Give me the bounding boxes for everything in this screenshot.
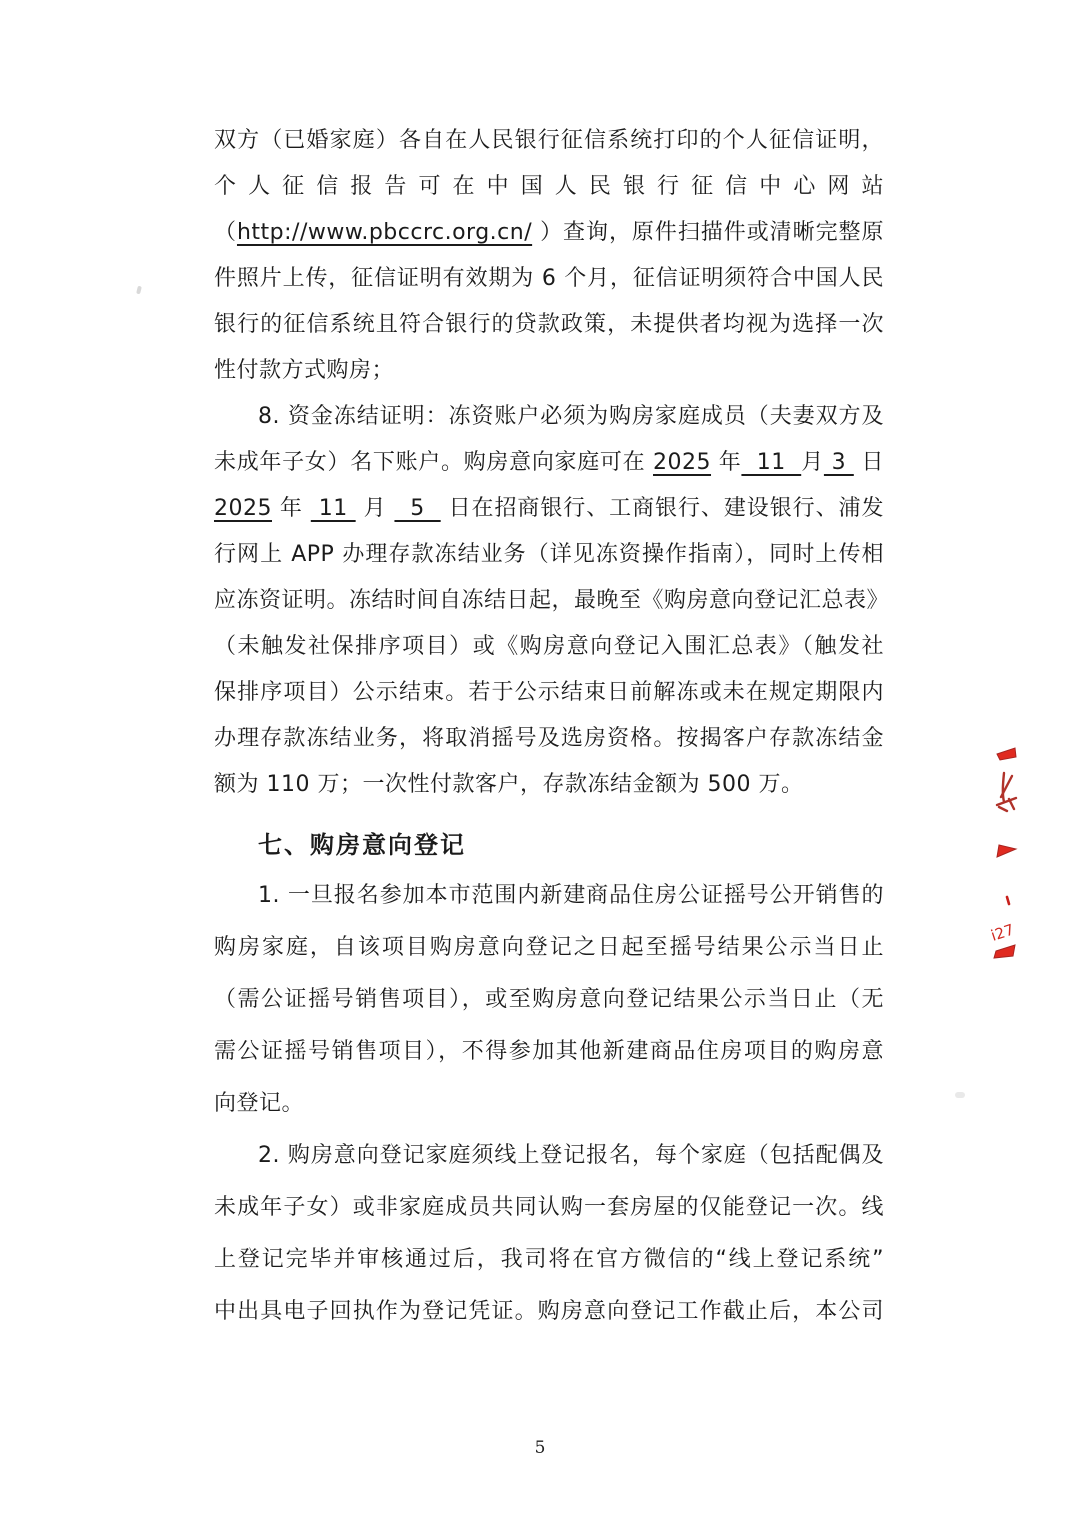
text-line: 行网上 APP 办理存款冻结业务（详见冻资操作指南），同时上传相	[214, 532, 884, 578]
text-segment: 保排序项目）公示结束。若于公示结束日前解冻或未在规定期限内	[214, 680, 884, 705]
text-segment: 银行的征信系统且符合银行的贷款政策，未提供者均视为选择一次	[214, 312, 884, 337]
stamp-tick-mark	[1007, 897, 1009, 904]
text-line: （未触发社保排序项目）或《购房意向登记入围汇总表》（触发社	[214, 624, 884, 670]
text-segment: 中出具电子回执作为登记凭证。购房意向登记工作截止后，本公司	[214, 1299, 884, 1324]
freeze-start-year: 2025	[653, 450, 711, 475]
text-segment: 1. 一旦报名参加本市范围内新建商品住房公证摇号公开销售的	[258, 883, 884, 908]
text-line: 性付款方式购房；	[214, 348, 884, 394]
text-line: 七、购房意向登记	[214, 822, 884, 868]
scanned-document-page: 双方（已婚家庭）各自在人民银行征信系统打印的个人征信证明，个人征信报告可在中国人…	[0, 0, 1080, 1528]
text-line: 未成年子女）或非家庭成员共同认购一套房屋的仅能登记一次。线	[214, 1182, 884, 1234]
text-line: 未成年子女）名下账户。购房意向家庭可在 2025 年 11 月 3 日至	[214, 440, 884, 486]
page-number: 5	[0, 1438, 1080, 1458]
text-segment: 个人征信报告可在中国人民银行征信中心网站	[214, 174, 884, 199]
text-segment: 未成年子女）名下账户。购房意向家庭可在	[214, 450, 653, 475]
text-line: 银行的征信系统且符合银行的贷款政策，未提供者均视为选择一次	[214, 302, 884, 348]
scan-speck-right	[955, 1092, 965, 1098]
text-segment: 行网上 APP 办理存款冻结业务（详见冻资操作指南），同时上传相	[214, 542, 884, 567]
text-line: （需公证摇号销售项目），或至购房意向登记结果公示当日止（无	[214, 974, 884, 1026]
text-line: 需公证摇号销售项目），不得参加其他新建商品住房项目的购房意	[214, 1026, 884, 1078]
text-line: 件照片上传，征信证明有效期为 6 个月，征信证明须符合中国人民	[214, 256, 884, 302]
paragraph-registration-rule-1: 1. 一旦报名参加本市范围内新建商品住房公证摇号公开销售的购房家庭，自该项目购房…	[214, 870, 884, 1130]
red-stamp-fragments: i27	[985, 745, 1030, 965]
text-line: 保排序项目）公示结束。若于公示结束日前解冻或未在规定期限内	[214, 670, 884, 716]
text-line: 上登记完毕并审核通过后，我司将在官方微信的“线上登记系统”	[214, 1234, 884, 1286]
scan-speck-left	[136, 286, 142, 295]
freeze-start-month: 11	[741, 450, 801, 475]
freeze-start-day: 3	[824, 450, 854, 475]
text-segment: 双方（已婚家庭）各自在人民银行征信系统打印的个人征信证明，	[214, 128, 884, 153]
text-line: （http://www.pbccrc.org.cn/ ）查询，原件扫描件或清晰完…	[214, 210, 884, 256]
text-line: 双方（已婚家庭）各自在人民银行征信系统打印的个人征信证明，	[214, 118, 884, 164]
text-line: 2025 年 11 月 5 日在招商银行、工商银行、建设银行、浦发银	[214, 486, 884, 532]
stamp-flag-mark	[997, 748, 1016, 760]
text-segment: 2. 购房意向登记家庭须线上登记报名，每个家庭（包括配偶及	[258, 1143, 884, 1168]
stamp-number-mark: i27	[989, 920, 1017, 958]
text-line: 办理存款冻结业务，将取消摇号及选房资格。按揭客户存款冻结金	[214, 716, 884, 762]
text-segment: 额为 110 万；一次性付款客户，存款冻结金额为 500 万。	[214, 772, 803, 797]
document-body: 双方（已婚家庭）各自在人民银行征信系统打印的个人征信证明，个人征信报告可在中国人…	[214, 118, 884, 1338]
text-segment: 需公证摇号销售项目），不得参加其他新建商品住房项目的购房意	[214, 1039, 884, 1064]
text-segment: 件照片上传，征信证明有效期为 6 个月，征信证明须符合中国人民	[214, 266, 884, 291]
paragraph-registration-rule-2: 2. 购房意向登记家庭须线上登记报名，每个家庭（包括配偶及未成年子女）或非家庭成…	[214, 1130, 884, 1338]
url-text: http://www.pbccrc.org.cn/	[237, 220, 532, 245]
text-segment: 办理存款冻结业务，将取消摇号及选房资格。按揭客户存款冻结金	[214, 726, 884, 751]
text-segment: 七、购房意向登记	[258, 831, 466, 859]
text-line: 应冻资证明。冻结时间自冻结日起，最晚至《购房意向登记汇总表》	[214, 578, 884, 624]
text-segment: （需公证摇号销售项目），或至购房意向登记结果公示当日止（无	[214, 987, 884, 1012]
svg-text:i27: i27	[989, 920, 1017, 944]
text-segment: 月	[356, 496, 395, 521]
text-line: 购房家庭，自该项目购房意向登记之日起至摇号结果公示当日止	[214, 922, 884, 974]
text-segment: （	[214, 220, 237, 245]
text-line: 8. 资金冻结证明：冻资账户必须为购房家庭成员（夫妻双方及	[214, 394, 884, 440]
text-line: 个人征信报告可在中国人民银行征信中心网站	[214, 164, 884, 210]
text-segment: 购房家庭，自该项目购房意向登记之日起至摇号结果公示当日止	[214, 935, 884, 960]
stamp-scribble-mark	[997, 773, 1016, 811]
text-line: 1. 一旦报名参加本市范围内新建商品住房公证摇号公开销售的	[214, 870, 884, 922]
paragraph-fund-freeze-certificate: 8. 资金冻结证明：冻资账户必须为购房家庭成员（夫妻双方及未成年子女）名下账户。…	[214, 394, 884, 808]
freeze-end-day: 5	[394, 496, 440, 521]
text-segment: 应冻资证明。冻结时间自冻结日起，最晚至《购房意向登记汇总表》	[214, 588, 884, 613]
freeze-end-month: 11	[311, 496, 356, 521]
text-segment: 上登记完毕并审核通过后，我司将在官方微信的“线上登记系统”	[214, 1247, 884, 1272]
section-heading-purchase-intention-registration: 七、购房意向登记	[214, 822, 884, 868]
paragraph-credit-certificate: 双方（已婚家庭）各自在人民银行征信系统打印的个人征信证明，个人征信报告可在中国人…	[214, 118, 884, 394]
text-line: 向登记。	[214, 1078, 884, 1130]
text-segment: 性付款方式购房；	[214, 358, 394, 383]
text-segment: 年	[711, 450, 741, 475]
text-segment: 向登记。	[214, 1091, 304, 1116]
text-segment: 未成年子女）或非家庭成员共同认购一套房屋的仅能登记一次。线	[214, 1195, 884, 1220]
freeze-end-year: 2025	[214, 496, 272, 521]
text-segment: 月	[801, 450, 824, 475]
text-line: 额为 110 万；一次性付款客户，存款冻结金额为 500 万。	[214, 762, 884, 808]
text-segment: （未触发社保排序项目）或《购房意向登记入围汇总表》（触发社	[214, 634, 884, 659]
text-segment: 8. 资金冻结证明：冻资账户必须为购房家庭成员（夫妻双方及	[258, 404, 884, 429]
text-segment: ）查询，原件扫描件或清晰完整原	[532, 220, 884, 245]
text-line: 中出具电子回执作为登记凭证。购房意向登记工作截止后，本公司	[214, 1286, 884, 1338]
stamp-triangle-mark	[997, 845, 1016, 857]
text-line: 2. 购房意向登记家庭须线上登记报名，每个家庭（包括配偶及	[214, 1130, 884, 1182]
text-segment: 年	[272, 496, 311, 521]
